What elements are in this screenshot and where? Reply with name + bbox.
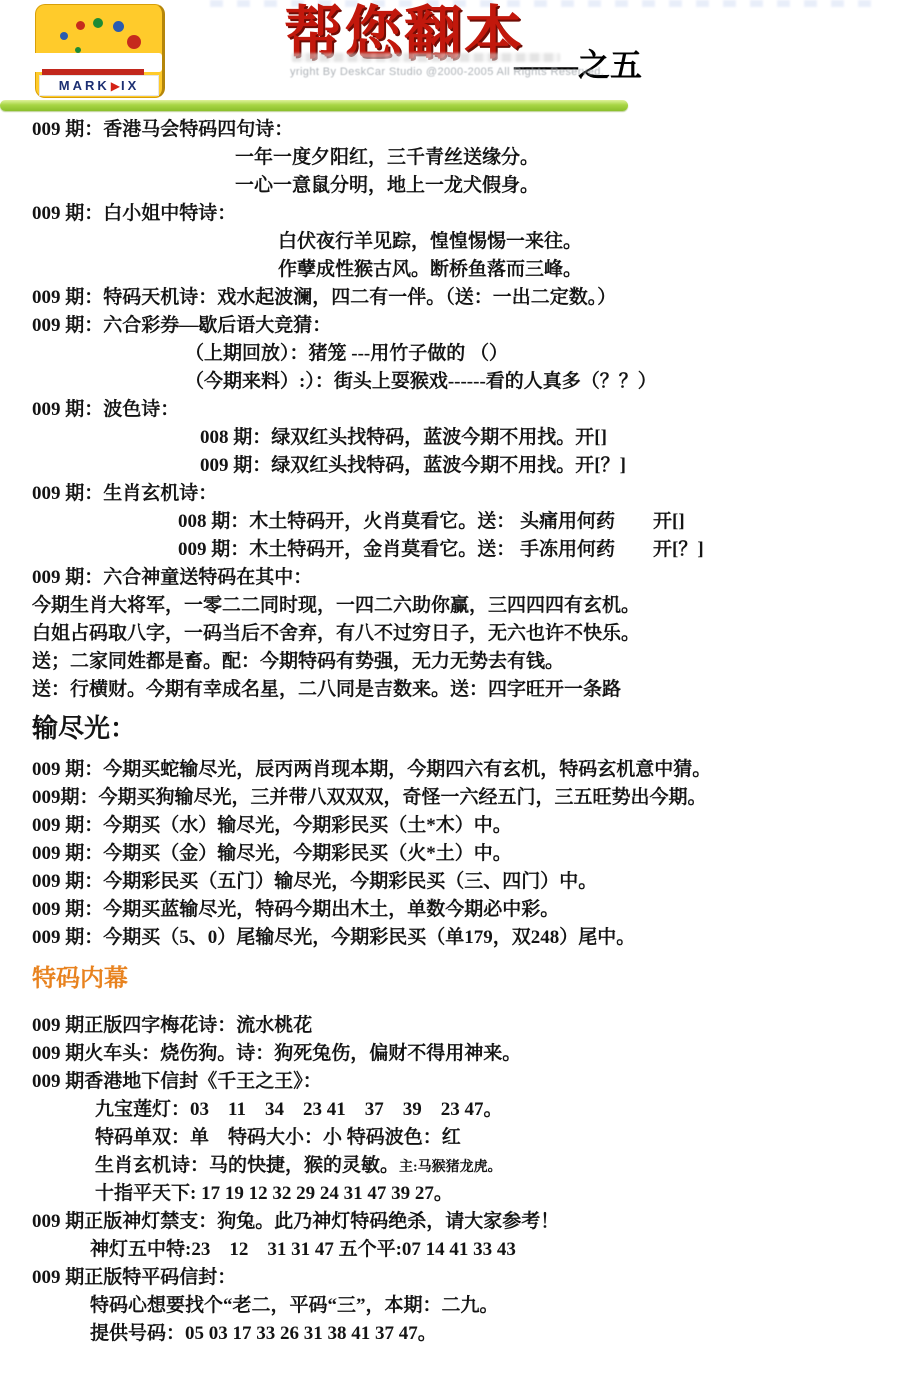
text-line: 作孽成性猴古风。断桥鱼落而三峰。 [0, 256, 902, 284]
logo-word-left: MARK [59, 78, 110, 93]
copyright-watermark: yright By DeskCar Studio @2000-2005 All … [290, 66, 604, 78]
text-line: 送：行横财。今期有幸成名星，二八同是吉数来。送：四字旺开一条路 [0, 676, 902, 704]
text-line: 009 期正版特平码信封： [0, 1264, 902, 1292]
watermark-blur-line [292, 53, 560, 62]
text-line: 009 期：六合彩券—歇后语大竞猜： [0, 312, 902, 340]
text-line: 009 期：今期彩民买（五门）输尽光，今期彩民买（三、四门）中。 [0, 868, 902, 896]
logo-wordmark: MARK ▶ IX [39, 75, 159, 96]
text-line: 009 期：生肖玄机诗： [0, 480, 902, 508]
logo-word-right: IX [121, 78, 139, 93]
text-line: 009 期：白小姐中特诗： [0, 200, 902, 228]
content-area: 009 期：香港马会特码四句诗：一年一度夕阳红，三千青丝送缘分。一心一意鼠分明，… [0, 116, 902, 1348]
section-heading-accent: 特码内幕 [32, 964, 902, 994]
text-line: 009 期：今期买（5、0）尾输尽光，今期彩民买（单179，双248）尾中。 [0, 924, 902, 952]
logo-dot-icon [127, 35, 141, 49]
text-line: 十指平天下: 17 19 12 32 29 24 31 47 39 27。 [0, 1180, 902, 1208]
logo-dot-icon [76, 21, 85, 30]
text-line: 特码单双：单 特码大小：小 特码波色：红 [0, 1124, 902, 1152]
mark-six-logo: MARK ▶ IX [35, 4, 165, 98]
text-line: 009 期火车头：烧伤狗。诗：狗死兔伤，偏财不得用神来。 [0, 1040, 902, 1068]
text-line: 009 期：香港马会特码四句诗： [0, 116, 902, 144]
text-line: 009 期：波色诗： [0, 396, 902, 424]
text-line: 009 期：今期买（水）输尽光，今期彩民买（土*木）中。 [0, 812, 902, 840]
text-line: 009 期：今期买蛇输尽光，辰丙两肖现本期，今期四六有玄机，特码玄机意中猜。 [0, 756, 902, 784]
text-line-small-suffix: 主:马猴猪龙虎。 [399, 1160, 502, 1175]
text-line: 一年一度夕阳红，三千青丝送缘分。 [0, 144, 902, 172]
text-line: 009 期香港地下信封《千王之王》： [0, 1068, 902, 1096]
text-line: 送；二家同姓都是畜。配：今期特码有势强，无力无势去有钱。 [0, 648, 902, 676]
section-heading: 输尽光： [32, 712, 902, 746]
logo-dot-icon [93, 18, 103, 28]
text-line: 009 期：特码天机诗：戏水起波澜，四二有一伴。（送：一出二定数。） [0, 284, 902, 312]
text-line: 特码心想要找个“老二，平码“三”，本期：二九。 [0, 1292, 902, 1320]
text-line: （今期来料）:）：街头上耍猴戏------看的人真多（？？） [0, 368, 902, 396]
text-line: 009 期正版神灯禁支：狗兔。此乃神灯特码绝杀，请大家参考！ [0, 1208, 902, 1236]
text-line: 生肖玄机诗：马的快捷，猴的灵敏。主:马猴猪龙虎。 [0, 1152, 902, 1180]
text-line: 009 期：今期买（金）输尽光，今期彩民买（火*土）中。 [0, 840, 902, 868]
logo-dot-icon [113, 21, 124, 32]
text-line: 白伏夜行羊见踪，惶惶惕惕一来往。 [0, 228, 902, 256]
text-line: 今期生肖大将军，一零二二同时现，一四二六助你赢，三四四四有玄机。 [0, 592, 902, 620]
text-line: 009 期：绿双红头找特码，蓝波今期不用找。开[？] [0, 452, 902, 480]
text-line: 009 期正版四字梅花诗：流水桃花 [0, 1012, 902, 1040]
text-line: 九宝莲灯：03 11 34 23 41 37 39 23 47。 [0, 1096, 902, 1124]
page-subtitle: ——之五 [514, 40, 642, 86]
page-header: MARK ▶ IX 帮您翻本 ——之五 yright By DeskCar St… [0, 0, 902, 116]
text-line: 白姐占码取八字，一码当后不舍弃，有八不过穷日子，无六也许不快乐。 [0, 620, 902, 648]
text-line: 009 期：六合神童送特码在其中： [0, 564, 902, 592]
text-line: 提供号码：05 03 17 33 26 31 38 41 37 47。 [0, 1320, 902, 1348]
logo-arrow-icon: ▶ [111, 79, 120, 93]
text-line: 009期：今期买狗输尽光，三并带八双双双，奇怪一六经五门，三五旺势出今期。 [0, 784, 902, 812]
text-line: 009 期：木土特码开，金肖莫看它。送： 手冻用何药 开[？] [0, 536, 902, 564]
text-line: 神灯五中特:23 12 31 31 47 五个平:07 14 41 33 43 [0, 1236, 902, 1264]
text-line: 008 期：木土特码开，火肖莫看它。送： 头痛用何药 开[] [0, 508, 902, 536]
text-line: 一心一意鼠分明，地上一龙犬假身。 [0, 172, 902, 200]
text-line: 009 期：今期买蓝输尽光，特码今期出木土，单数今期必中彩。 [0, 896, 902, 924]
logo-dot-icon [60, 32, 68, 40]
text-line: （上期回放）：猪笼 ---用竹子做的 （） [0, 340, 902, 368]
header-divider-bar [0, 100, 628, 111]
page: MARK ▶ IX 帮您翻本 ——之五 yright By DeskCar St… [0, 0, 902, 1390]
text-line: 008 期：绿双红头找特码，蓝波今期不用找。开[] [0, 424, 902, 452]
